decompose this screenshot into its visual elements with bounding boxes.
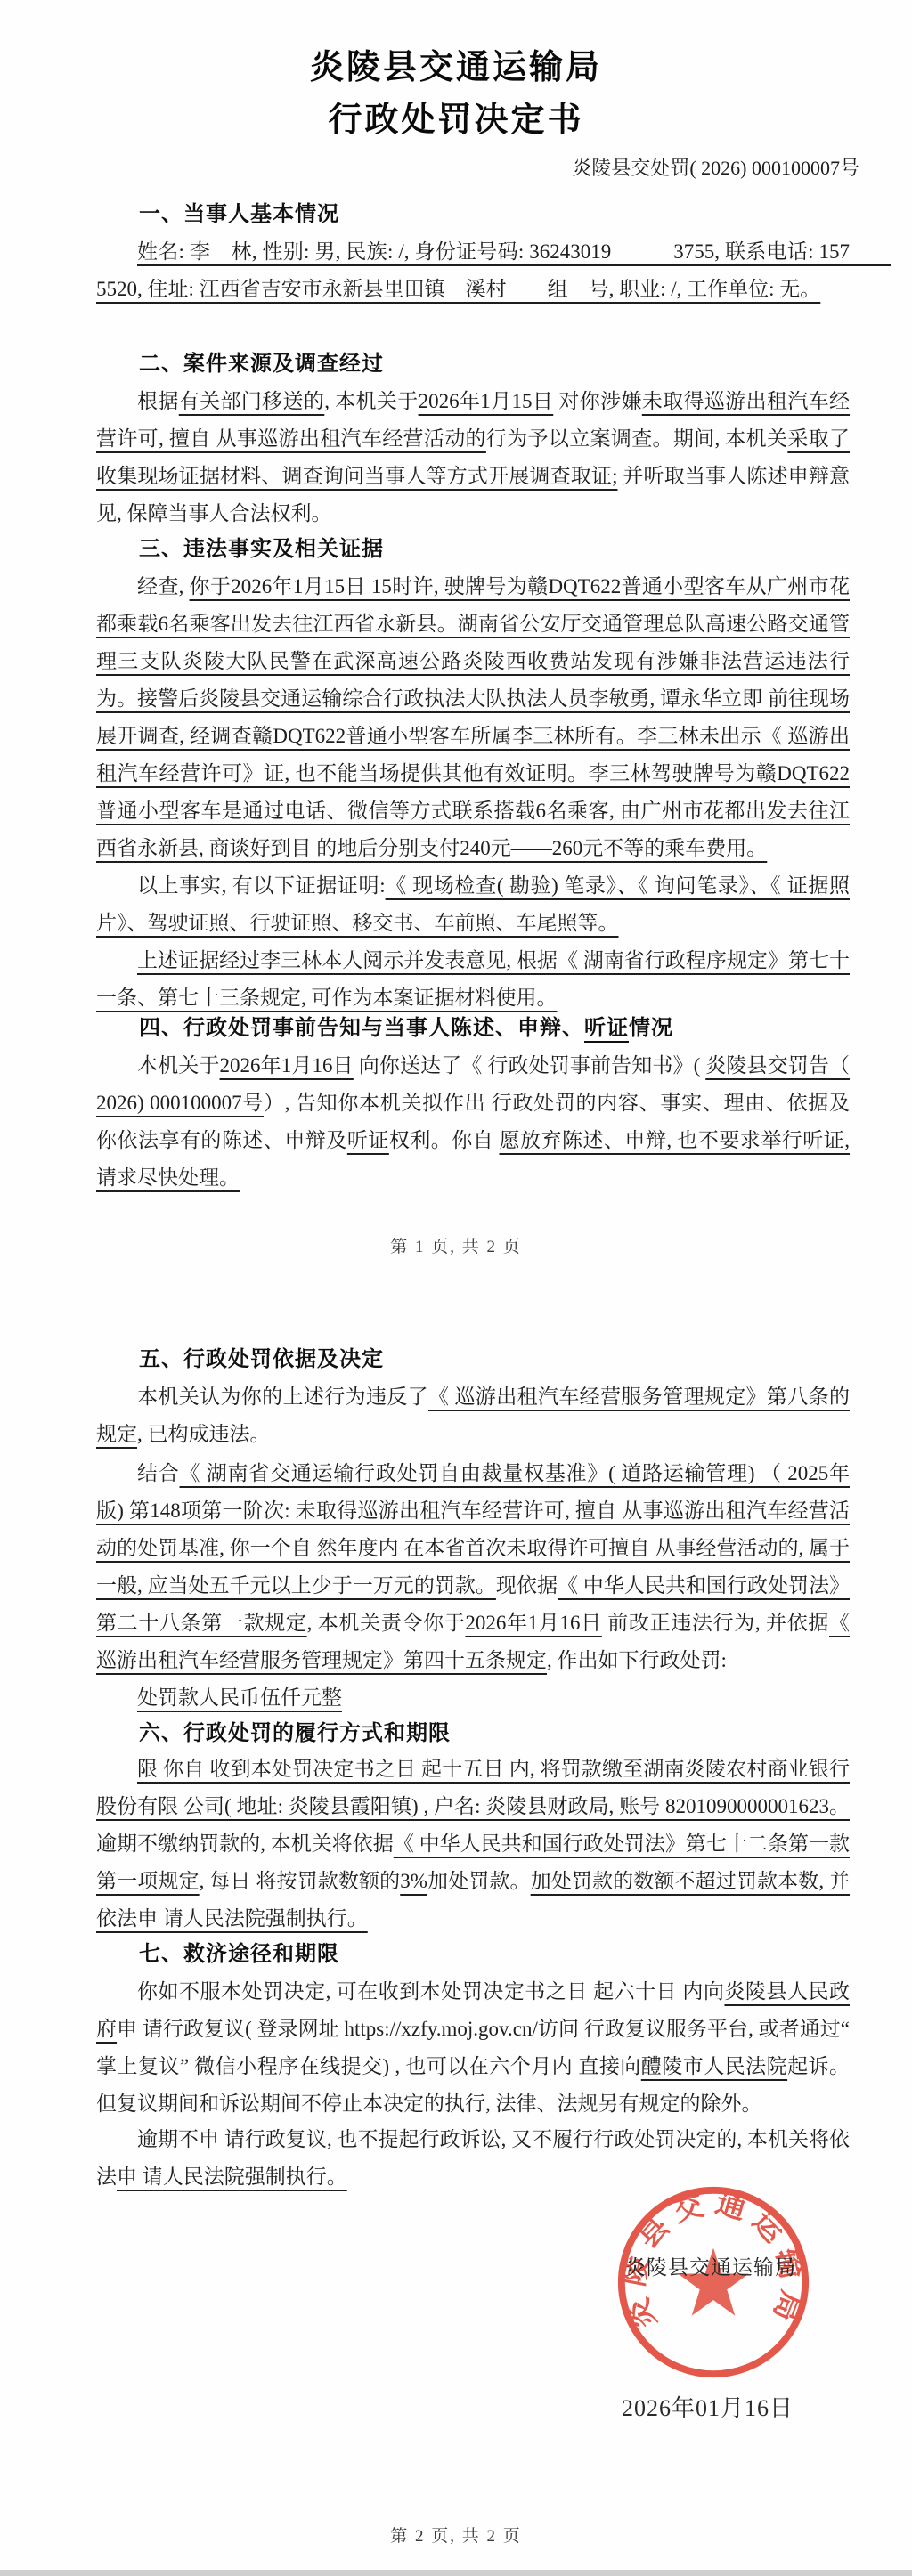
evidence-review-paragraph: 上述证据经过李三林本人阅示并发表意见, 根据《 湖南省行政程序规定》第七十一条、… — [96, 942, 850, 1017]
evidence-list-paragraph: 以上事实, 有以下证据证明:《 现场检查( 勘验) 笔录》、《 询问笔录》、《 … — [96, 867, 850, 942]
case-source-paragraph: 根据有关部门移送的, 本机关于2026年1月15日 对你涉嫌未取得巡游出租汽车经… — [96, 383, 850, 532]
page-2-footer: 第 2 页, 共 2 页 — [0, 2518, 912, 2556]
section-7-heading: 七、救济途径和期限 — [96, 1936, 850, 1973]
issue-date: 2026年01月16日 — [622, 2390, 826, 2423]
payment-instructions-paragraph: 限 你自 收到本处罚决定书之日 起十五日 内, 将罚款缴至湖南炎陵农村商业银行股… — [96, 1751, 850, 1938]
section-2-heading: 二、案件来源及调查经过 — [96, 345, 850, 383]
prior-notice-paragraph: 本机关于2026年1月16日 向你送达了《 行政处罚事前告知书》( 炎陵县交罚告… — [96, 1047, 850, 1197]
penalty-basis-paragraph: 结合《 湖南省交通运输行政处罚自由裁量权基准》( 道路运输管理) （ 2025年… — [96, 1455, 850, 1679]
doc-number: 炎陵县交处罚( 2026) 000100007号 — [572, 153, 859, 181]
issuing-agency-name: 炎陵县交通运输局 — [625, 2251, 821, 2280]
official-seal: 炎陵县交通运输局 — [613, 2182, 814, 2383]
doc-subtitle: 行政处罚决定书 — [0, 100, 912, 141]
section-3-heading: 三、违法事实及相关证据 — [96, 531, 850, 568]
section-5-heading: 五、行政处罚依据及决定 — [96, 1341, 850, 1378]
violation-facts-paragraph: 经查, 你于2026年1月15日 15时许, 驶牌号为赣DQT622普通小型客车… — [96, 568, 850, 867]
section-4-heading: 四、行政处罚事前告知与当事人陈述、申辩、听证情况 — [96, 1010, 850, 1047]
violation-determination-paragraph: 本机关认为你的上述行为违反了《 巡游出租汽车经营服务管理规定》第八条的规定, 已… — [96, 1378, 850, 1453]
doc-title: 炎陵县交通运输局 — [0, 47, 912, 88]
penalty-amount-line: 处罚款人民币伍仟元整 — [96, 1679, 850, 1717]
scan-edge-bar — [0, 2570, 912, 2576]
document-page: 炎陵县交通运输局 行政处罚决定书 炎陵县交处罚( 2026) 000100007… — [0, 0, 912, 2576]
section-6-heading: 六、行政处罚的履行方式和期限 — [96, 1715, 850, 1752]
party-info-paragraph: 姓名: 李 林, 性别: 男, 民族: /, 身份证号码: 36243019 3… — [96, 233, 850, 308]
remedy-options-paragraph: 你如不服本处罚决定, 可在收到本处罚决定书之日 起六十日 内向炎陵县人民政府申 … — [96, 1973, 850, 2123]
section-1-heading: 一、当事人基本情况 — [96, 196, 850, 233]
page-1-footer: 第 1 页, 共 2 页 — [0, 1229, 912, 1266]
